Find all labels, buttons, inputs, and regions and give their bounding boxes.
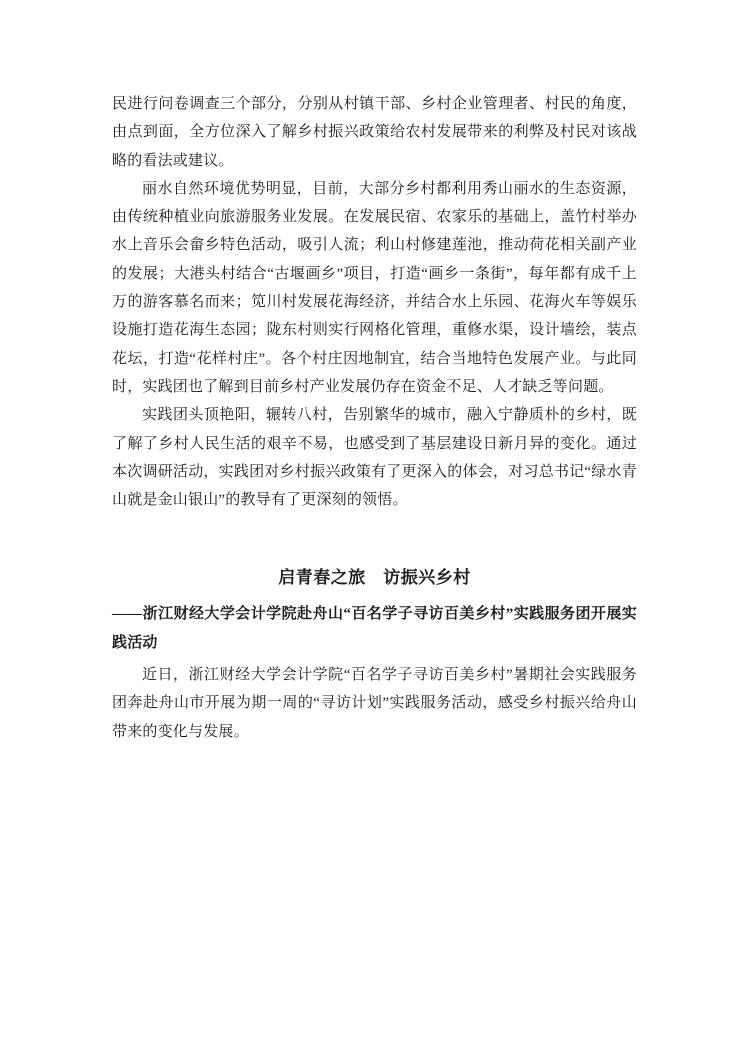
article-subtitle: ——浙江财经大学会计学院赴舟山“百名学子寻访百美乡村”实践服务团开展实践活动 <box>112 600 637 657</box>
paragraph-zhoushan-intro: 近日，浙江财经大学会计学院“百名学子寻访百美乡村”暑期社会实践服务团奔赴舟山市开… <box>112 661 637 746</box>
paragraph-survey-continuation: 民进行问卷调查三个部分，分别从村镇干部、乡村企业管理者、村民的角度，由点到面，全… <box>112 90 637 175</box>
article-title: 启青春之旅 访振兴乡村 <box>112 563 637 593</box>
document-page: 民进行问卷调查三个部分，分别从村镇干部、乡村企业管理者、村民的角度，由点到面，全… <box>0 0 750 1061</box>
paragraph-team-reflection: 实践团头顶艳阳，辗转八村，告别繁华的城市，融入宁静质朴的乡村，既了解了乡村人民生… <box>112 401 637 514</box>
page-content: 民进行问卷调查三个部分，分别从村镇干部、乡村企业管理者、村民的角度，由点到面，全… <box>0 0 750 1061</box>
paragraph-lishui-village-industries: 丽水自然环境优势明显，目前，大部分乡村都利用秀山丽水的生态资源，由传统种植业向旅… <box>112 175 637 401</box>
